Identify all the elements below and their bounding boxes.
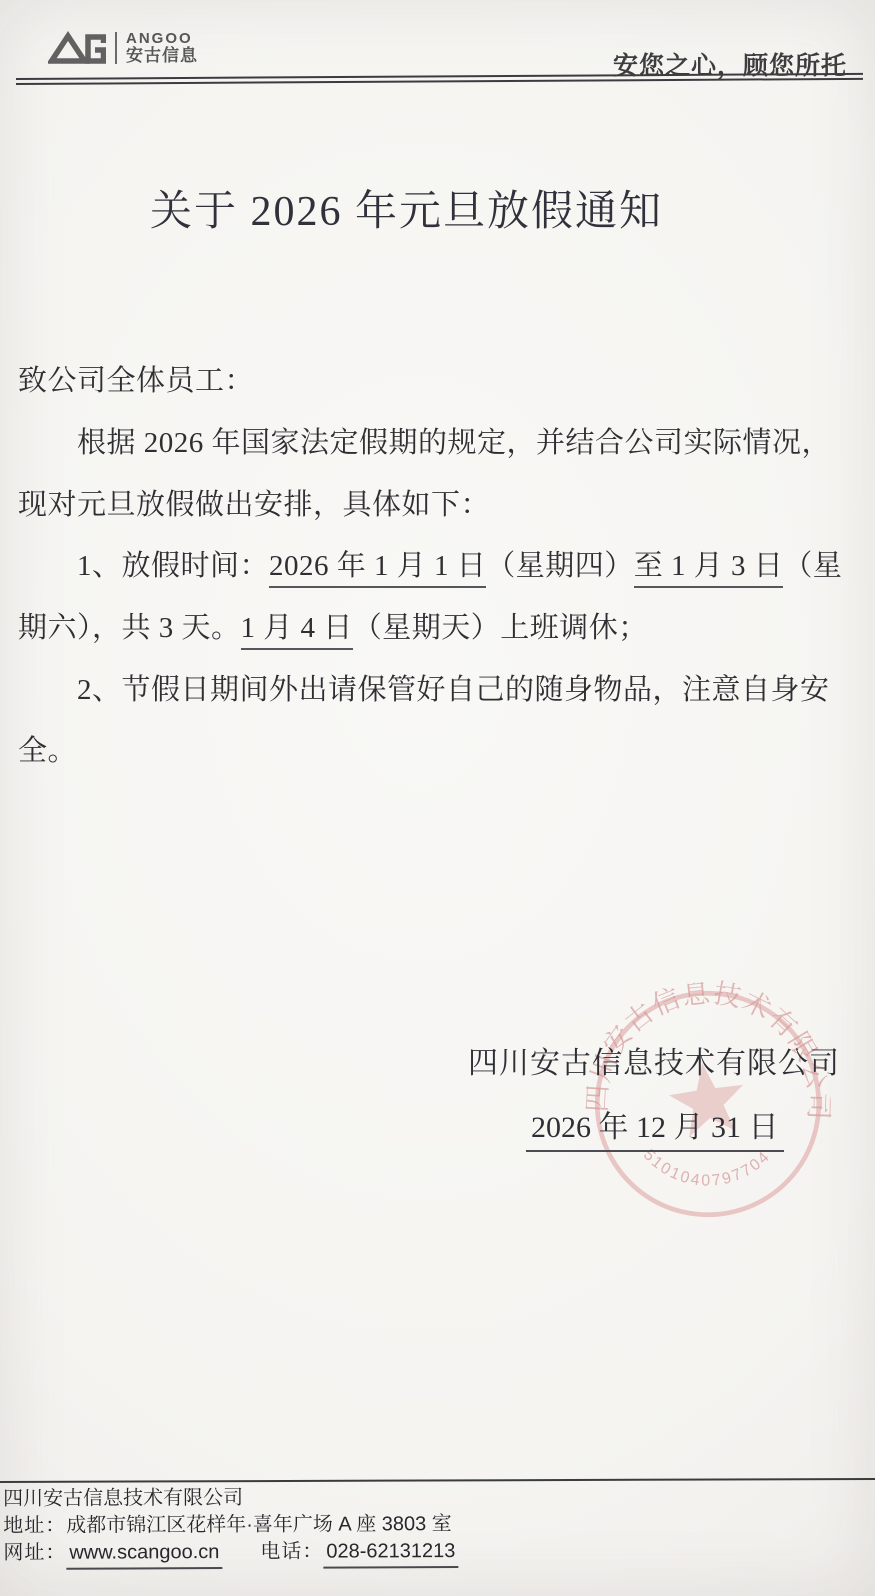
angoo-monogram-icon [48, 30, 106, 66]
footer: 四川安古信息技术有限公司 地址：成都市锦江区花样年·喜年广场 A 座 3803 … [3, 1484, 458, 1570]
item1-prefix: 1、放假时间： [77, 550, 269, 582]
company-logo: ANGOO 安古信息 [48, 30, 198, 66]
scanned-document-page: ANGOO 安古信息 安您之心，顾您所托 关于 2026 年元旦放假通知 致公司… [0, 0, 875, 1596]
document-title: 关于 2026 年元旦放假通知 [150, 178, 663, 238]
footer-company: 四川安古信息技术有限公司 [3, 1484, 458, 1513]
item2-line-1: 2、节假日期间外出请保管好自己的随身物品，注意自身安 [18, 667, 830, 708]
intro-line-2: 现对元旦放假做出安排，具体如下： [18, 482, 490, 523]
footer-contact-line: 网址：www.scangoo.cn电话：028-62131213 [3, 1538, 458, 1570]
footer-website-label: 网址： [3, 1542, 66, 1564]
brand-name-en: ANGOO [126, 31, 198, 47]
holiday-end-date-underlined: 至 1 月 3 日 [634, 543, 784, 588]
footer-rule [0, 1478, 875, 1483]
item1-line2-suffix: （星期天）上班调休； [353, 612, 648, 644]
signature-company: 四川安古信息技术有限公司 [468, 1038, 840, 1082]
footer-phone-value: 028-62131213 [323, 1538, 458, 1569]
footer-address-label: 地址： [3, 1515, 66, 1537]
item1-weekday1: （星期四） [486, 550, 634, 582]
item2-line-2: 全。 [18, 728, 77, 769]
brand-name-zh: 安古信息 [126, 47, 198, 65]
intro-line-1: 根据 2026 年国家法定假期的规定，并结合公司实际情况， [18, 420, 831, 461]
footer-website-value: www.scangoo.cn [66, 1539, 222, 1570]
logo-divider [115, 32, 117, 64]
salutation: 致公司全体员工： [18, 358, 254, 399]
holiday-start-date-underlined: 2026 年 1 月 1 日 [269, 543, 486, 588]
footer-phone-label: 电话： [260, 1541, 323, 1563]
footer-address-value: 成都市锦江区花样年·喜年广场 A 座 3803 室 [66, 1513, 452, 1537]
workday-date-underlined: 1 月 4 日 [241, 605, 353, 650]
item1-line-2: 期六），共 3 天。1 月 4 日（星期天）上班调休； [18, 605, 648, 650]
item1-line-end: （星 [783, 550, 842, 582]
item1-line-1: 1、放假时间：2026 年 1 月 1 日（星期四）至 1 月 3 日（星 [18, 543, 842, 588]
header-rule [16, 73, 863, 85]
item1-line2-prefix: 期六），共 3 天。 [18, 612, 241, 644]
signature-date: 2026 年 12 月 31 日 [526, 1102, 784, 1152]
footer-address-line: 地址：成都市锦江区花样年·喜年广场 A 座 3803 室 [3, 1511, 458, 1540]
signature-date-underlined: 2026 年 12 月 31 日 [526, 1102, 784, 1152]
